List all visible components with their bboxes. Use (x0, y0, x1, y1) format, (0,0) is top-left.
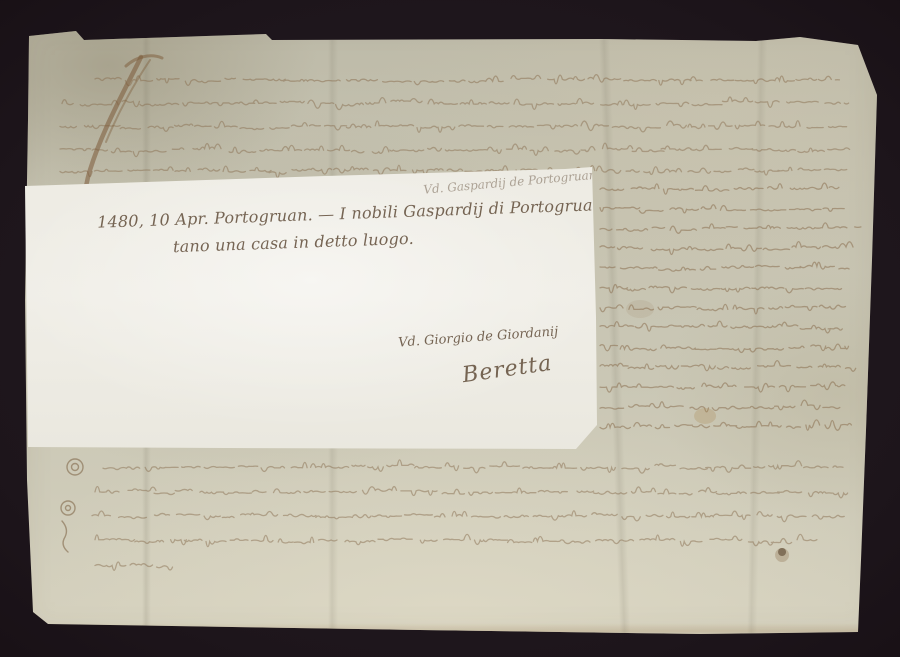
photograph: Vd. Gaspardij de Portogruaro 1480, 10 Ap… (0, 0, 900, 657)
archival-label: Vd. Gaspardij de Portogruaro 1480, 10 Ap… (25, 167, 597, 450)
label-continuation-line: tano una casa in detto luogo. (173, 229, 414, 256)
label-examiner-note: Vd. Giorgio de Giordanij (398, 324, 559, 350)
label-signature: Beretta (461, 351, 554, 388)
label-date-line: 1480, 10 Apr. Portogruan. — I nobili Gas… (97, 193, 653, 231)
